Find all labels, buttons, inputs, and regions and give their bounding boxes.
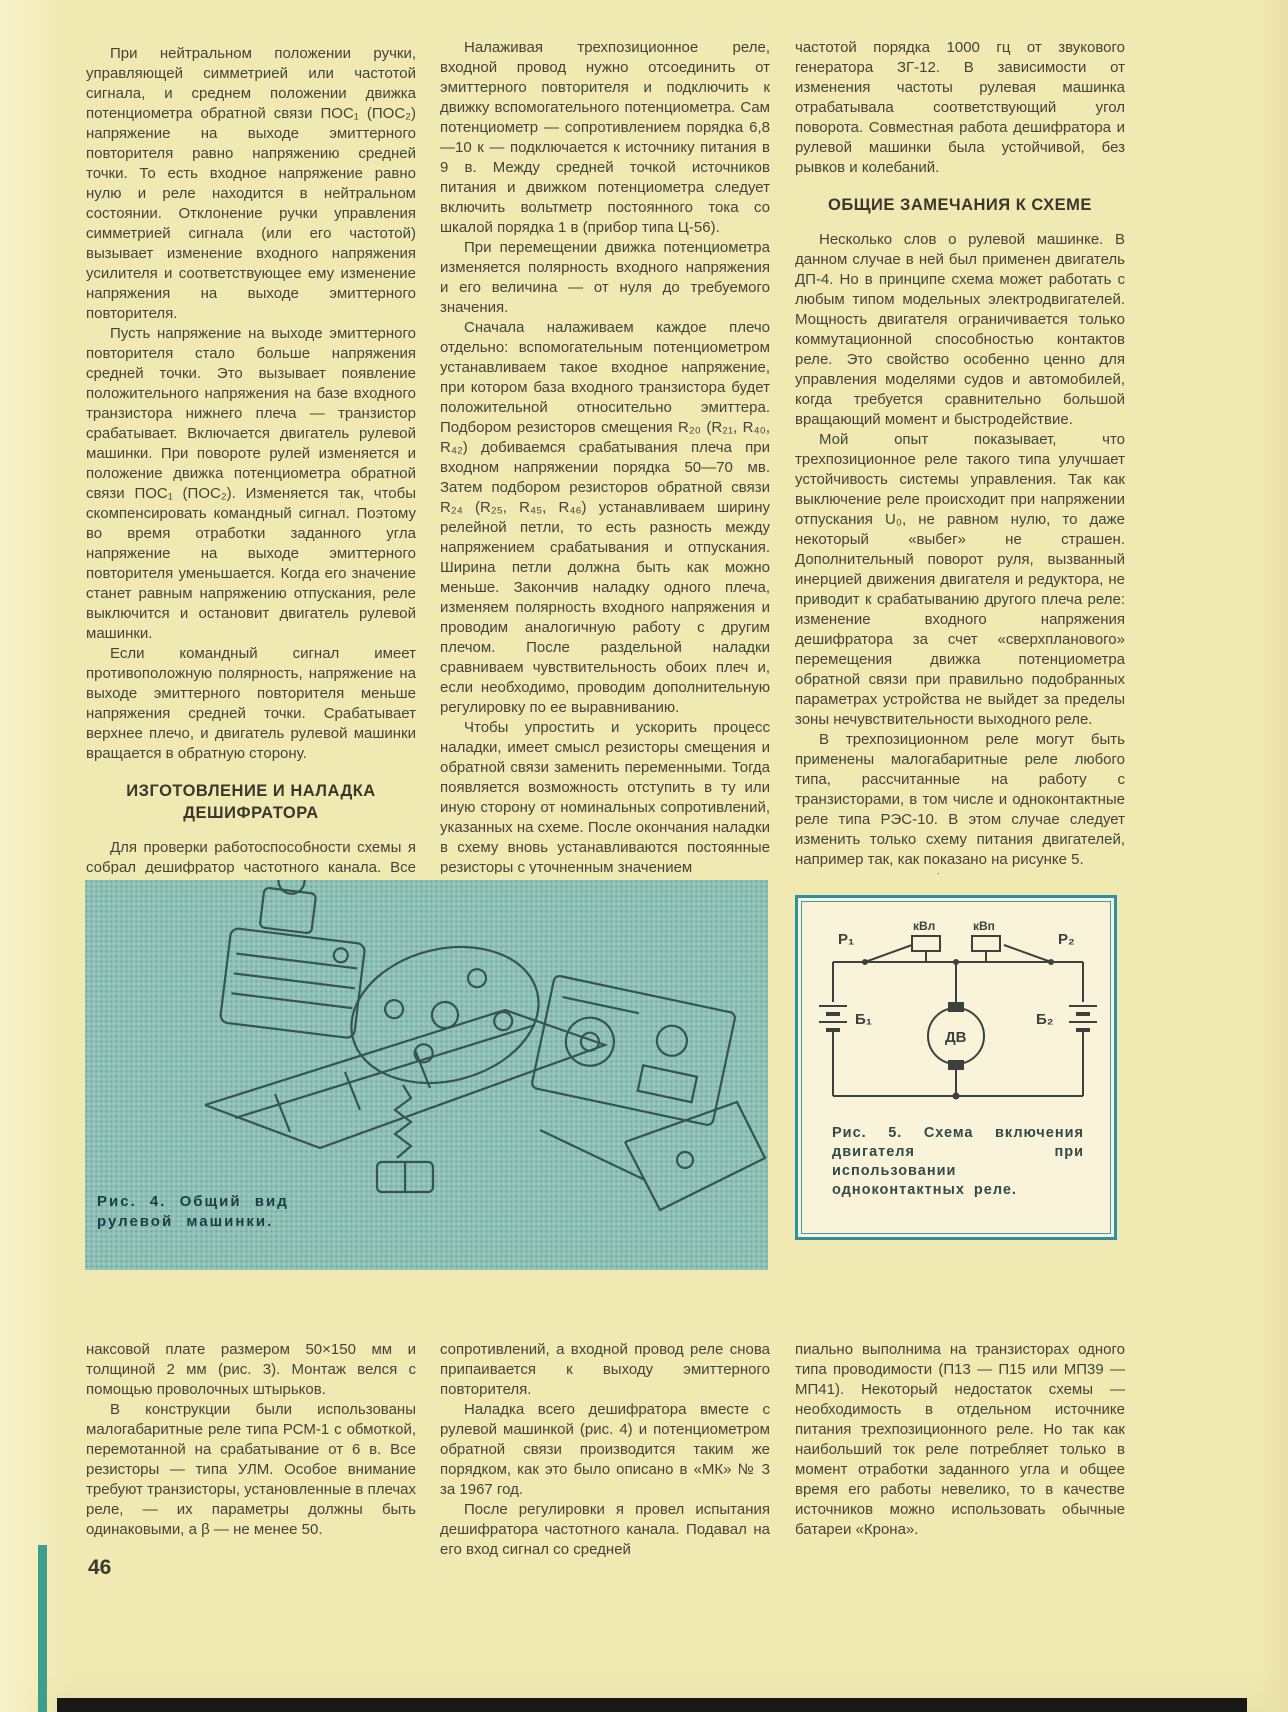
- figure-4-caption: Рис. 4. Общий вид рулевой машинки.: [97, 1192, 312, 1232]
- column-2: Налаживая трехпозиционное реле, входной …: [440, 38, 770, 874]
- paragraph: В конструкции были использованы малогаба…: [86, 1400, 416, 1540]
- figure-5-box: Р₁ кВл кВп Р₂ Б₁ ДВ Б₂ Рис. 5. Схема вкл…: [795, 895, 1117, 1240]
- paragraph: В трехпозиционном реле могут быть примен…: [795, 730, 1125, 870]
- label-switch-p1: Р₁: [838, 931, 854, 948]
- label-battery-b2: Б₂: [1036, 1011, 1053, 1028]
- bottom-column-3: пиально выполнима на транзисторах одного…: [795, 1340, 1125, 1565]
- figure-4-caption-line1: Рис. 4. Общий вид: [97, 1193, 289, 1210]
- paragraph: Мой опыт показывает, что трехпозиционное…: [795, 430, 1125, 730]
- paragraph: После регулировки я провел испытания деш…: [440, 1500, 770, 1560]
- bottom-column-2: сопротивлений, а входной провод реле сно…: [440, 1340, 770, 1565]
- paragraph: Чтобы упростить и ускорить процесс налад…: [440, 718, 770, 874]
- section-heading-remarks: ОБЩИЕ ЗАМЕЧАНИЯ К СХЕМЕ: [801, 194, 1119, 216]
- figure-4-caption-line2: рулевой машинки.: [97, 1213, 273, 1230]
- bottom-column-1: наксовой плате размером 50×150 мм и толщ…: [86, 1340, 416, 1565]
- label-motor-dv: ДВ: [945, 1029, 967, 1046]
- magazine-page: При нейтральном положении ручки, управля…: [0, 0, 1288, 1712]
- column-3: частотой порядка 1000 гц от звукового ге…: [795, 38, 1125, 874]
- section-heading-decoder: ИЗГОТОВЛЕНИЕ И НАЛАДКА ДЕШИФРАТОРА: [92, 780, 410, 824]
- paragraph: Наладка всего дешифратора вместе с рулев…: [440, 1400, 770, 1500]
- paragraph: наксовой плате размером 50×150 мм и толщ…: [86, 1340, 416, 1400]
- paragraph: При нейтральном положении ручки, управля…: [86, 44, 416, 324]
- figure-5-caption: Рис. 5. Схема включения двигателя при ис…: [832, 1124, 1084, 1200]
- paragraph: Для проверки работоспособности схемы я с…: [86, 838, 416, 874]
- paragraph: сопротивлений, а входной провод реле сно…: [440, 1340, 770, 1400]
- label-contact-kvl: кВл: [913, 919, 935, 933]
- page-number: 46: [88, 1556, 111, 1580]
- paragraph: Пусть напряжение на выходе эмиттерного п…: [86, 324, 416, 644]
- paragraph: Налаживая трехпозиционное реле, входной …: [440, 38, 770, 238]
- scan-edge-strip: [38, 1545, 47, 1712]
- paragraph: При перемещении движка потенциометра изм…: [440, 238, 770, 318]
- motor-circuit-schematic: Р₁ кВл кВп Р₂ Б₁ ДВ Б₂: [808, 914, 1104, 1114]
- figure-4-photo: Рис. 4. Общий вид рулевой машинки.: [85, 880, 768, 1270]
- paragraph: частотой порядка 1000 гц от звукового ге…: [795, 38, 1125, 178]
- figure-5-frame: Р₁ кВл кВп Р₂ Б₁ ДВ Б₂ Рис. 5. Схема вкл…: [801, 901, 1111, 1234]
- paragraph: Если командный сигнал имеет противополож…: [86, 644, 416, 764]
- scan-bottom-bar: [57, 1698, 1247, 1712]
- label-switch-p2: Р₂: [1058, 931, 1075, 948]
- label-battery-b1: Б₁: [855, 1011, 872, 1028]
- label-contact-kvp: кВп: [973, 919, 995, 933]
- column-1: При нейтральном положении ручки, управля…: [86, 44, 416, 874]
- paragraph: Вся схема дешифратора принци-: [795, 870, 1125, 874]
- paragraph: Несколько слов о рулевой машинке. В данн…: [795, 230, 1125, 430]
- paragraph: Сначала налаживаем каждое плечо отдельно…: [440, 318, 770, 718]
- paragraph: пиально выполнима на транзисторах одного…: [795, 1340, 1125, 1540]
